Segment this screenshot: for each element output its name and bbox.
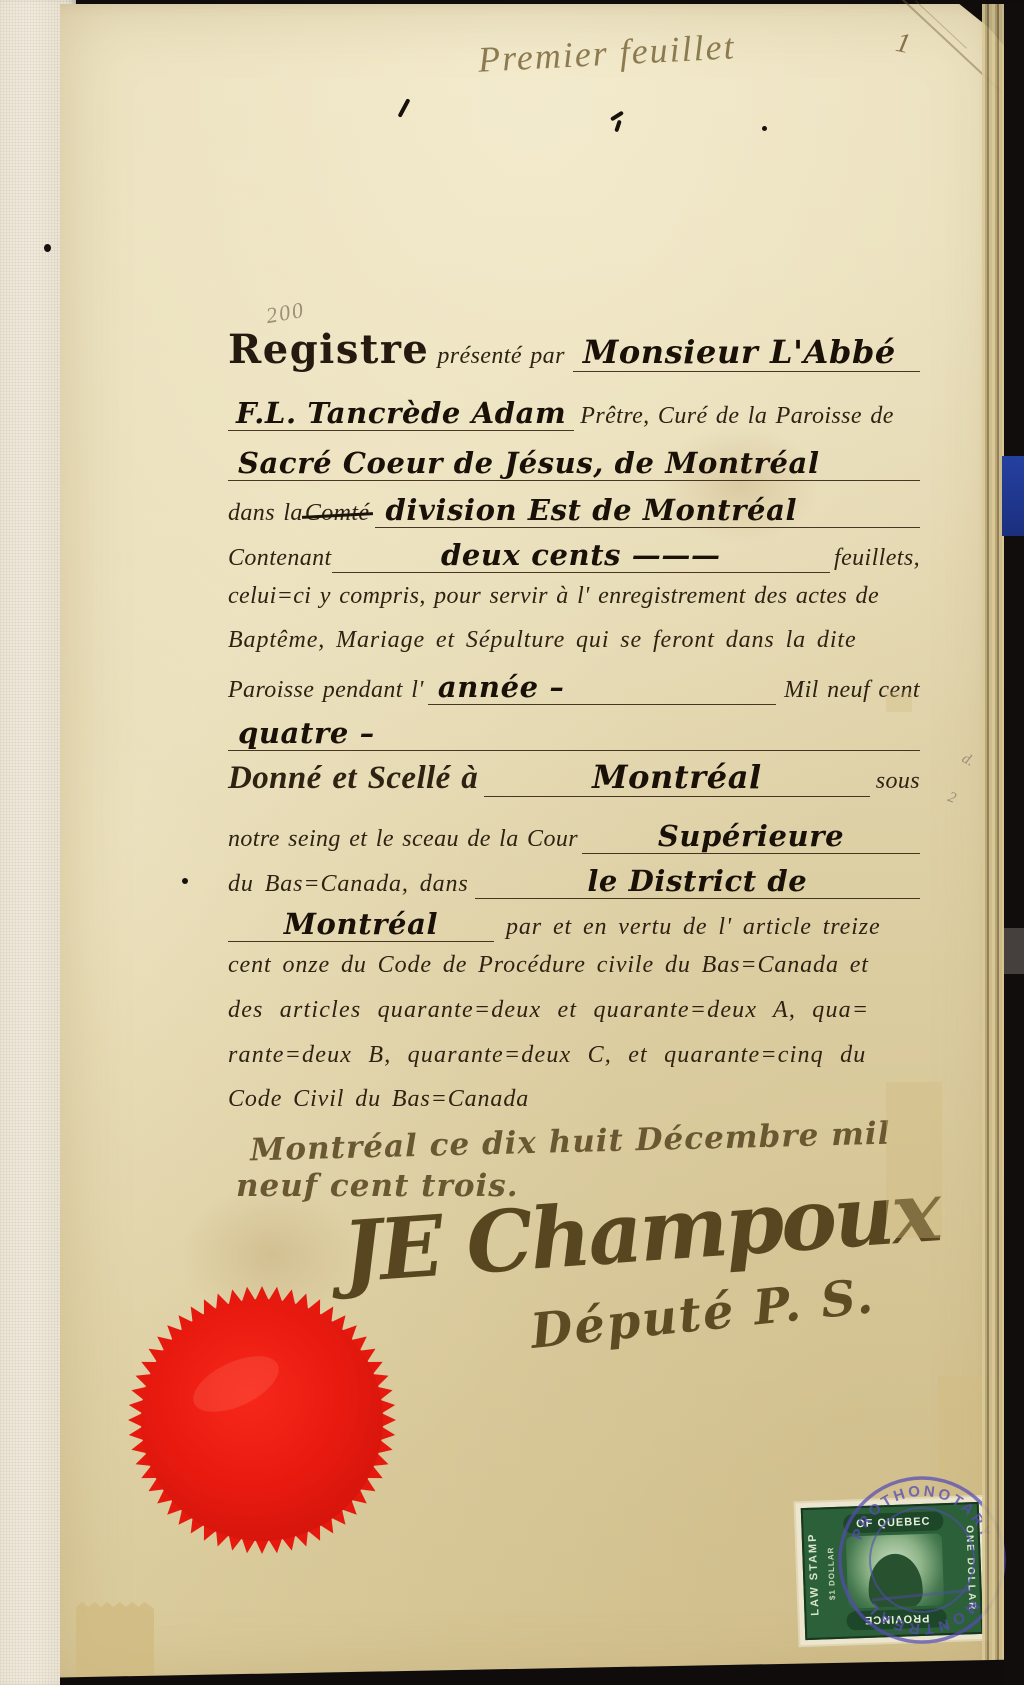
folio-number: 1 bbox=[893, 27, 913, 61]
stacked-page-edges bbox=[982, 4, 1004, 1685]
handwritten-entry: Supérieure bbox=[582, 819, 920, 854]
cancel-arc-top: PROTHONOTARY bbox=[849, 1483, 996, 1543]
margin-pencil-mark: 2 bbox=[945, 789, 958, 808]
tape-repair bbox=[76, 1602, 154, 1685]
handwritten-entry: année – bbox=[428, 670, 776, 705]
form-line: notre seing et le sceau de la CourSupéri… bbox=[228, 819, 920, 854]
printed-form-text: Registre bbox=[228, 326, 429, 373]
form-line: Montréalpar et en vertu de l' article tr… bbox=[228, 907, 920, 942]
printed-form-text: du Bas=Canada, dans bbox=[228, 871, 469, 898]
printed-form-text: Contenant bbox=[228, 545, 332, 572]
top-handwritten-note: Premier feuillet bbox=[477, 25, 736, 80]
form-line: Contenantdeux cents ———feuillets, bbox=[228, 538, 920, 573]
red-wafer-seal bbox=[126, 1284, 398, 1556]
handwritten-entry: quatre – bbox=[228, 716, 920, 751]
printed-form-text: cent onze du Code de Procédure civile du… bbox=[228, 952, 869, 979]
printed-form-text: Baptême, Mariage et Sépulture qui se fer… bbox=[228, 627, 857, 654]
dateline-handwritten: Montréal ce dix huit Décembre mil bbox=[250, 1116, 891, 1169]
pencil-number-note: 200 bbox=[264, 297, 307, 329]
form-line: Paroisse pendant l'année –Mil neuf cent bbox=[228, 670, 920, 705]
handwritten-entry: division Est de Montréal bbox=[375, 493, 920, 528]
form-line: des articles quarante=deux et quarante=d… bbox=[228, 997, 920, 1024]
printed-form-text: Paroisse pendant l' bbox=[228, 677, 424, 704]
binding-edge-patch bbox=[1004, 928, 1024, 974]
printed-form-text: des articles quarante=deux et quarante=d… bbox=[228, 997, 869, 1024]
printed-form-text: dans la bbox=[228, 500, 303, 527]
margin-pencil-mark: d. bbox=[959, 750, 977, 770]
printed-form-text: sous bbox=[876, 768, 920, 795]
form-line: dans laComtédivision Est de Montréal bbox=[228, 493, 920, 528]
ink-speck bbox=[398, 98, 411, 118]
form-line: F.L. Tancrède AdamPrêtre, Curé de la Par… bbox=[228, 396, 920, 431]
struck-word: Comté bbox=[305, 500, 370, 527]
ink-speck bbox=[762, 126, 767, 131]
form-line: Baptême, Mariage et Sépulture qui se fer… bbox=[228, 627, 920, 654]
seal-body bbox=[141, 1299, 383, 1541]
form-line: celui=ci y compris, pour servir à l' enr… bbox=[228, 583, 920, 610]
printed-form-text: notre seing et le sceau de la Cour bbox=[228, 826, 578, 853]
tape-repair bbox=[886, 692, 912, 712]
form-line: Code Civil du Bas=Canada bbox=[228, 1086, 920, 1113]
form-line: cent onze du Code de Procédure civile du… bbox=[228, 952, 920, 979]
handwritten-entry: F.L. Tancrède Adam bbox=[228, 396, 574, 431]
register-page: Premier feuillet 200 1 d. 2 Registreprés… bbox=[60, 4, 1004, 1685]
handwritten-entry: Sacré Coeur de Jésus, de Montréal bbox=[228, 446, 920, 481]
corner-crease bbox=[915, 0, 967, 48]
tape-repair bbox=[886, 1082, 942, 1238]
scanned-register-page: { "page": { "top_note": "Premier feuille… bbox=[0, 0, 1024, 1685]
form-line: rante=deux B, quarante=deux C, et quaran… bbox=[228, 1042, 920, 1069]
printed-form-text: Prêtre, Curé de la Paroisse de bbox=[580, 403, 894, 430]
handwritten-entry: Montréal bbox=[484, 758, 870, 797]
handwritten-entry: Monsieur L'Abbé bbox=[573, 333, 920, 372]
form-line: Sacré Coeur de Jésus, de Montréal bbox=[228, 446, 920, 481]
binding-blue-marker bbox=[1002, 456, 1024, 536]
form-line: du Bas=Canada, dansle District de bbox=[228, 864, 920, 899]
handwritten-entry: Montréal bbox=[228, 907, 494, 942]
form-line: quatre – bbox=[228, 716, 920, 751]
stamp-left-band: LAW STAMP bbox=[806, 1518, 822, 1630]
printed-form-text: celui=ci y compris, pour servir à l' enr… bbox=[228, 583, 879, 610]
form-line: Registreprésenté parMonsieur L'Abbé bbox=[228, 326, 920, 373]
printed-form-text: par et en vertu de l' article treize bbox=[506, 914, 881, 941]
ink-speck bbox=[614, 120, 622, 133]
ink-speck bbox=[44, 244, 51, 252]
svg-text:PROTHONOTARY: PROTHONOTARY bbox=[849, 1483, 996, 1543]
handwritten-entry: deux cents ——— bbox=[332, 538, 830, 573]
printed-form-text: Donné et Scellé à bbox=[228, 760, 478, 797]
printed-form-text: feuillets, bbox=[834, 545, 920, 572]
form-line: Donné et Scellé àMontréalsous bbox=[228, 758, 920, 797]
ink-speck bbox=[182, 878, 188, 884]
printed-form-text: Code Civil du Bas=Canada bbox=[228, 1086, 529, 1113]
printed-form-text: rante=deux B, quarante=deux C, et quaran… bbox=[228, 1042, 866, 1069]
handwritten-entry: le District de bbox=[475, 864, 920, 899]
printed-form-text: présenté par bbox=[437, 343, 564, 370]
